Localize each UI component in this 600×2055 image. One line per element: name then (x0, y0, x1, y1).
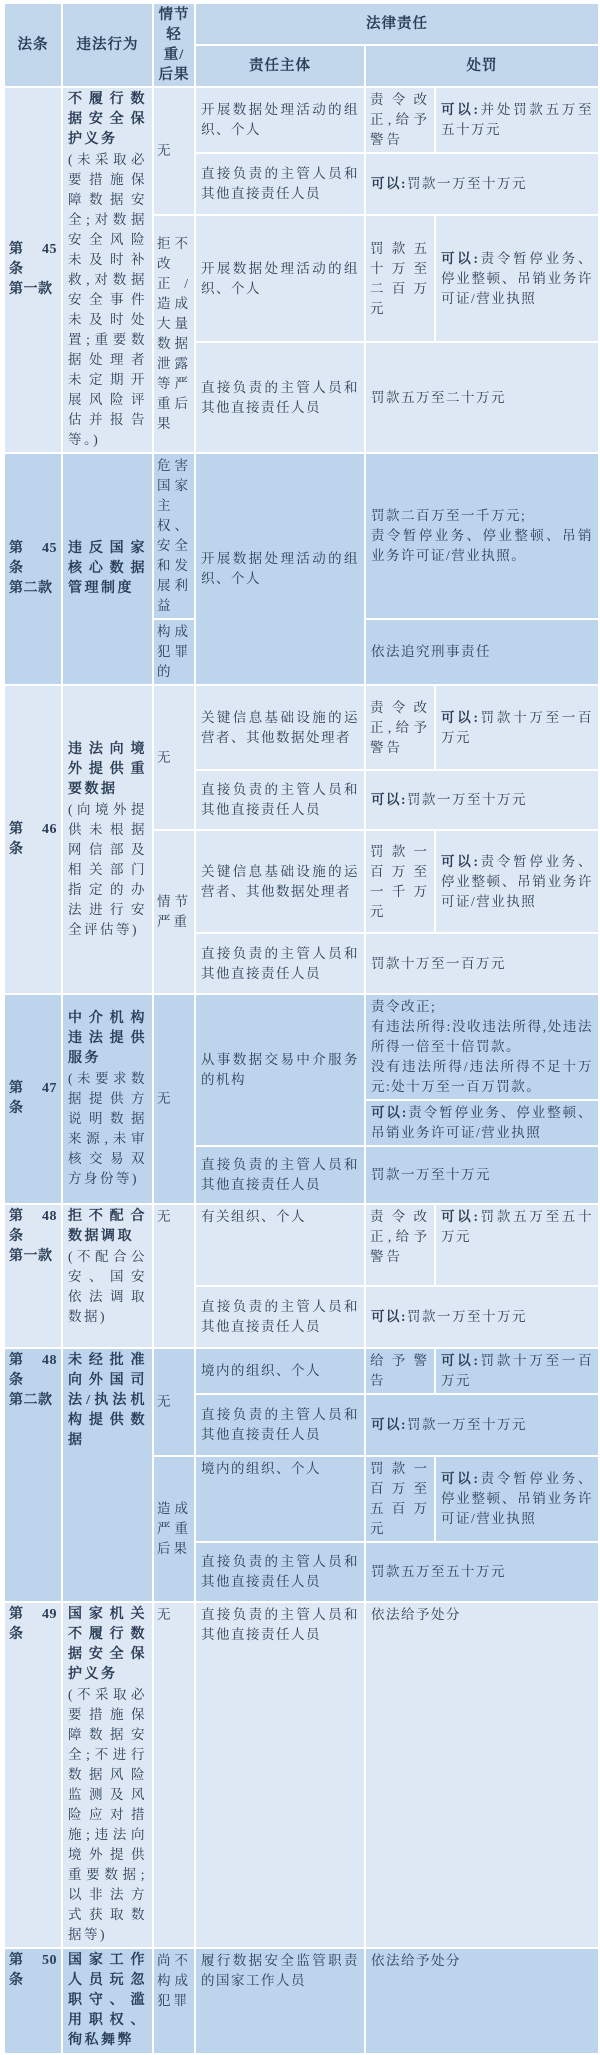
a49-subject: 直接负责的主管人员和其他直接责任人员 (195, 1602, 365, 1843)
a47-violation-desc: (未要求数据提供方说明数据来源,未审核交易双方身份等) (68, 1069, 147, 1189)
header-severity: 情节轻 重/后果 (153, 3, 195, 87)
a46-r3-penalty: 可以:责令暂停业务、停业整顿、吊销业务许可证/营业执照 (435, 830, 599, 933)
keyi-label: 可以: (441, 102, 479, 117)
a48p2-r4-subject: 直接负责的主管人员和其他直接责任人员 (195, 1542, 365, 1602)
a48p2-r1-measure: 给予警告 (365, 1348, 435, 1394)
a48p1-violation-desc: (不配合公安、国安依法调取数据) (68, 1247, 147, 1327)
a46-r4-subject: 直接负责的主管人员和其他直接责任人员 (195, 933, 365, 994)
keyi-label: 可以: (371, 792, 407, 807)
a47-law-cell: 第 47 条 (4, 994, 62, 1204)
a45p2-subject: 开展数据处理活动的组织、个人 (195, 453, 365, 685)
a46-r3-subject: 关键信息基础设施的运营者、其他数据处理者 (195, 830, 365, 933)
keyi-label: 可以: (371, 176, 407, 191)
a48p2-r3-subject: 境内的组织、个人 (195, 1456, 365, 1542)
keyi-label: 可以: (441, 1353, 479, 1368)
keyi-label: 可以: (441, 854, 479, 869)
a47-violation-title: 中介机构违法提供服务 (68, 1009, 147, 1069)
a46-severity-severe: 情节严重 (153, 830, 195, 994)
a45p2-r1-penalty: 罚款二百万至一千万元; 责令暂停业务、停业整顿、吊销业务许可证/营业执照。 (365, 453, 599, 619)
a45p2-violation-cell: 违反国家核心数据管理制度 (62, 453, 153, 685)
a45p2-law-cell: 第 45 条 第二款 (4, 453, 62, 685)
a45p1-severity-severe: 拒不改正/造成大量数据泄露等严重后果 (153, 215, 195, 453)
a48p1-r1-measure: 责令改正,给予警告 (365, 1204, 435, 1286)
a49-violation-cell: 国家机关不履行数据安全保护义务(不采取必要措施保障数据安全;不进行数据风险监测及… (62, 1602, 153, 1843)
a45p1-r2-penalty: 可以:罚款一万至十万元 (365, 153, 599, 215)
a49-violation-desc: (不采取必要措施保障数据安全;不进行数据风险监测及风险应对措施;违法向境外提供重… (68, 1685, 147, 1843)
a48p2-r1-subject: 境内的组织、个人 (195, 1348, 365, 1394)
header-subject: 责任主体 (195, 45, 365, 87)
a45p1-r4-subject: 直接负责的主管人员和其他直接责任人员 (195, 342, 365, 453)
a45p1-violation-cell: 不履行数据安全保护义务(未采取必要措施保障数据安全;对数据安全风险未及时补救,对… (62, 87, 153, 453)
a47-violation-cell: 中介机构违法提供服务(未要求数据提供方说明数据来源,未审核交易双方身份等) (62, 994, 153, 1204)
a47-r1-subject: 从事数据交易中介服务的机构 (195, 994, 365, 1146)
keyi-label: 可以: (441, 1471, 479, 1486)
a48p1-law-cell: 第 48 条 第一款 (4, 1204, 62, 1348)
a47-severity-none: 无 (153, 994, 195, 1204)
header-penalty: 处罚 (365, 45, 599, 87)
a46-r4-penalty: 罚款十万至一百万元 (365, 933, 599, 994)
keyi-label: 可以: (371, 1105, 408, 1120)
a48p1-r2-subject: 直接负责的主管人员和其他直接责任人员 (195, 1286, 365, 1348)
a46-violation-desc: (向境外提供未根据网信部及相关部门指定的办法进行安全评估等) (68, 800, 147, 940)
a48p2-violation-cell: 未经批准向外国司法/执法机构提供数据 (62, 1348, 153, 1602)
a45p2-r2-penalty: 依法追究刑事责任 (365, 619, 599, 685)
a45p1-r2-subject: 直接负责的主管人员和其他直接责任人员 (195, 153, 365, 215)
a45p1-r1-measure: 责令改正,给予警告 (365, 87, 435, 153)
a48p1-r1-subject: 有关组织、个人 (195, 1204, 365, 1286)
a45p1-violation-desc: (未采取必要措施保障数据安全;对数据安全风险未及时补救,对数据安全事件未及时处置… (68, 150, 147, 450)
a48p2-r4-penalty: 罚款五万至五十万元 (365, 1542, 599, 1602)
keyi-label: 可以: (441, 1209, 479, 1224)
a45p1-r4-penalty: 罚款五万至二十万元 (365, 342, 599, 453)
a45p1-violation-title: 不履行数据安全保护义务 (68, 90, 147, 150)
a47-r2-penalty: 可以:责令暂停业务、停业整顿、吊销业务许可证/营业执照 (365, 1100, 599, 1146)
a49-law-cell: 第 49 条 (4, 1602, 62, 1843)
a47-r3-penalty: 罚款一万至十万元 (365, 1146, 599, 1204)
a47-r3-subject: 直接负责的主管人员和其他直接责任人员 (195, 1146, 365, 1204)
a45p2-violation-title: 违反国家核心数据管理制度 (68, 539, 147, 599)
header-violation: 违法行为 (62, 3, 153, 87)
a45p2-severity-crime: 构成犯罪的 (153, 619, 195, 685)
keyi-label: 可以: (441, 251, 479, 266)
a49-severity-none: 无 (153, 1602, 195, 1843)
a46-r2-subject: 直接负责的主管人员和其他直接责任人员 (195, 770, 365, 830)
a46-r2-penalty: 可以:罚款一万至十万元 (365, 770, 599, 830)
a48p2-r3-fine: 罚款一百万至五百万元 (365, 1456, 435, 1542)
a45p1-r3-penalty: 可以:责令暂停业务、停业整顿、吊销业务许可证/营业执照 (435, 215, 599, 342)
a45p1-r1-penalty: 可以:并处罚款五万至五十万元 (435, 87, 599, 153)
a46-law-cell: 第 46 条 (4, 685, 62, 994)
a48p2-r3-penalty: 可以:责令暂停业务、停业整顿、吊销业务许可证/营业执照 (435, 1456, 599, 1542)
a48p1-violation-cell: 拒不配合数据调取(不配合公安、国安依法调取数据) (62, 1204, 153, 1348)
a48p2-severity-severe: 造成严重后果 (153, 1456, 195, 1602)
a45p1-severity-none: 无 (153, 87, 195, 215)
a46-r1-subject: 关键信息基础设施的运营者、其他数据处理者 (195, 685, 365, 770)
a48p2-violation-title: 未经批准向外国司法/执法机构提供数据 (68, 1351, 147, 1451)
a45p1-r3-subject: 开展数据处理活动的组织、个人 (195, 215, 365, 342)
a48p1-severity-none: 无 (153, 1204, 195, 1348)
a46-r1-measure: 责令改正,给予警告 (365, 685, 435, 770)
a46-r1-penalty: 可以:罚款十万至一百万元 (435, 685, 599, 770)
a45p2-severity-harm: 危害国家主权、安全和发展利益 (153, 453, 195, 619)
a48p1-r1-penalty: 可以:罚款五万至五十万元 (435, 1204, 599, 1286)
a48p2-r2-penalty: 可以:罚款一万至十万元 (365, 1394, 599, 1456)
a47-r1-penalty: 责令改正; 有违法所得:没收违法所得,处违法所得一倍至十倍罚款。 没有违法所得/… (365, 994, 599, 1100)
a46-severity-none: 无 (153, 685, 195, 830)
keyi-label: 可以: (371, 1309, 407, 1324)
a49-penalty: 依法给予处分 (365, 1602, 599, 1843)
header-law: 法条 (4, 3, 62, 87)
a49-violation-title: 国家机关不履行数据安全保护义务 (68, 1605, 147, 1685)
header-liability: 法律责任 (195, 3, 599, 45)
a45p1-r1-subject: 开展数据处理活动的组织、个人 (195, 87, 365, 153)
a46-violation-title: 违法向境外提供重要数据 (68, 740, 147, 800)
a46-r3-fine: 罚款一百万至一千万元 (365, 830, 435, 933)
data-security-law-penalty-table: 法条 违法行为 情节轻 重/后果 法律责任 责任主体 处罚 第 45 条 第一款… (3, 2, 600, 1843)
keyi-label: 可以: (441, 710, 479, 725)
a48p1-r2-penalty: 可以:罚款一万至十万元 (365, 1286, 599, 1348)
a48p2-r2-subject: 直接负责的主管人员和其他直接责任人员 (195, 1394, 365, 1456)
keyi-label: 可以: (371, 1417, 407, 1432)
a48p2-law-cell: 第 48 条 第二款 (4, 1348, 62, 1602)
a45p1-law-cell: 第 45 条 第一款 (4, 87, 62, 453)
a48p1-violation-title: 拒不配合数据调取 (68, 1207, 147, 1247)
a45p1-r3-fine: 罚款五十万至二百万元 (365, 215, 435, 342)
a48p2-severity-none: 无 (153, 1348, 195, 1456)
a48p2-r1-penalty: 可以:罚款十万至一百万元 (435, 1348, 599, 1394)
a46-violation-cell: 违法向境外提供重要数据(向境外提供未根据网信部及相关部门指定的办法进行安全评估等… (62, 685, 153, 994)
